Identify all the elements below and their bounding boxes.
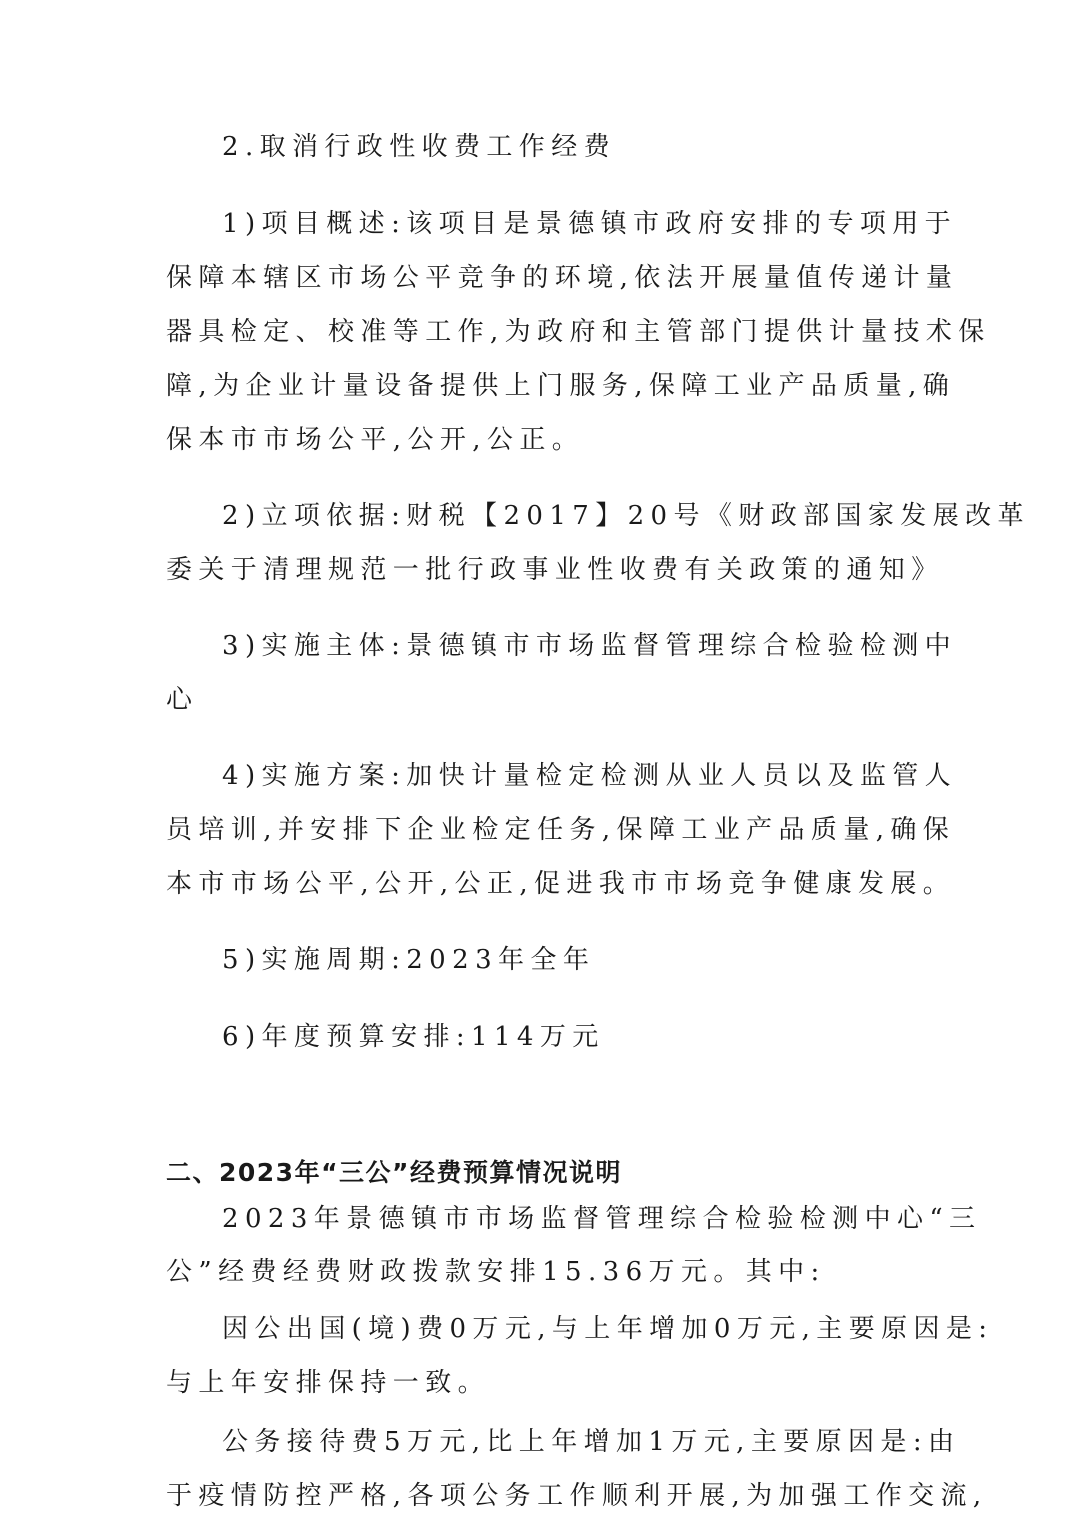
item4-line-2: 员培训,并安排下企业检定任务,保障工业产品质量,确保 [166, 814, 955, 846]
section-item-title: 2.取消行政性收费工作经费 [222, 131, 616, 163]
item1-line-5: 保本市市场公平,公开,公正。 [166, 424, 584, 456]
section2-para1-line-1: 2023年景德镇市市场监督管理综合检验检测中心“三 [222, 1203, 981, 1235]
item1-line-2: 保障本辖区市场公平竞争的环境,依法开展量值传递计量 [166, 262, 958, 294]
item1-line-4: 障,为企业计量设备提供上门服务,保障工业产品质量,确 [166, 370, 955, 402]
item6-line-1: 6)年度预算安排:114万元 [222, 1021, 605, 1053]
document-page: 2.取消行政性收费工作经费 1)项目概述:该项目是景德镇市政府安排的专项用于 保… [0, 0, 1074, 1520]
section2-heading: 二、2023年“三公”经费预算情况说明 [166, 1157, 622, 1189]
section2-para3-line-1: 公务接待费5万元,比上年增加1万元,主要原因是:由 [222, 1426, 960, 1458]
item1-line-3: 器具检定、校准等工作,为政府和主管部门提供计量技术保 [166, 316, 991, 348]
section2-para2-line-1: 因公出国(境)费0万元,与上年增加0万元,主要原因是: [222, 1313, 993, 1345]
item3-line-2: 心 [166, 684, 198, 716]
item4-line-3: 本市市场公平,公开,公正,促进我市市场竞争健康发展。 [166, 868, 955, 900]
section2-para1-line-2: 公”经费经费财政拨款安排15.36万元。其中: [166, 1256, 826, 1288]
item2-line-2: 委关于清理规范一批行政事业性收费有关政策的通知》 [166, 554, 944, 586]
item5-line-1: 5)实施周期:2023年全年 [222, 944, 595, 976]
section2-para3-line-2: 于疫情防控严格,各项公务工作顺利开展,为加强工作交流, [166, 1480, 988, 1512]
item3-line-1: 3)实施主体:景德镇市市场监督管理综合检验检测中 [222, 630, 957, 662]
section2-para2-line-2: 与上年安排保持一致。 [166, 1367, 490, 1399]
item1-line-1: 1)项目概述:该项目是景德镇市政府安排的专项用于 [222, 208, 957, 240]
item2-line-1: 2)立项依据:财税【2017】20号《财政部国家发展改革 [222, 500, 1030, 532]
item4-line-1: 4)实施方案:加快计量检定检测从业人员以及监管人 [222, 760, 957, 792]
